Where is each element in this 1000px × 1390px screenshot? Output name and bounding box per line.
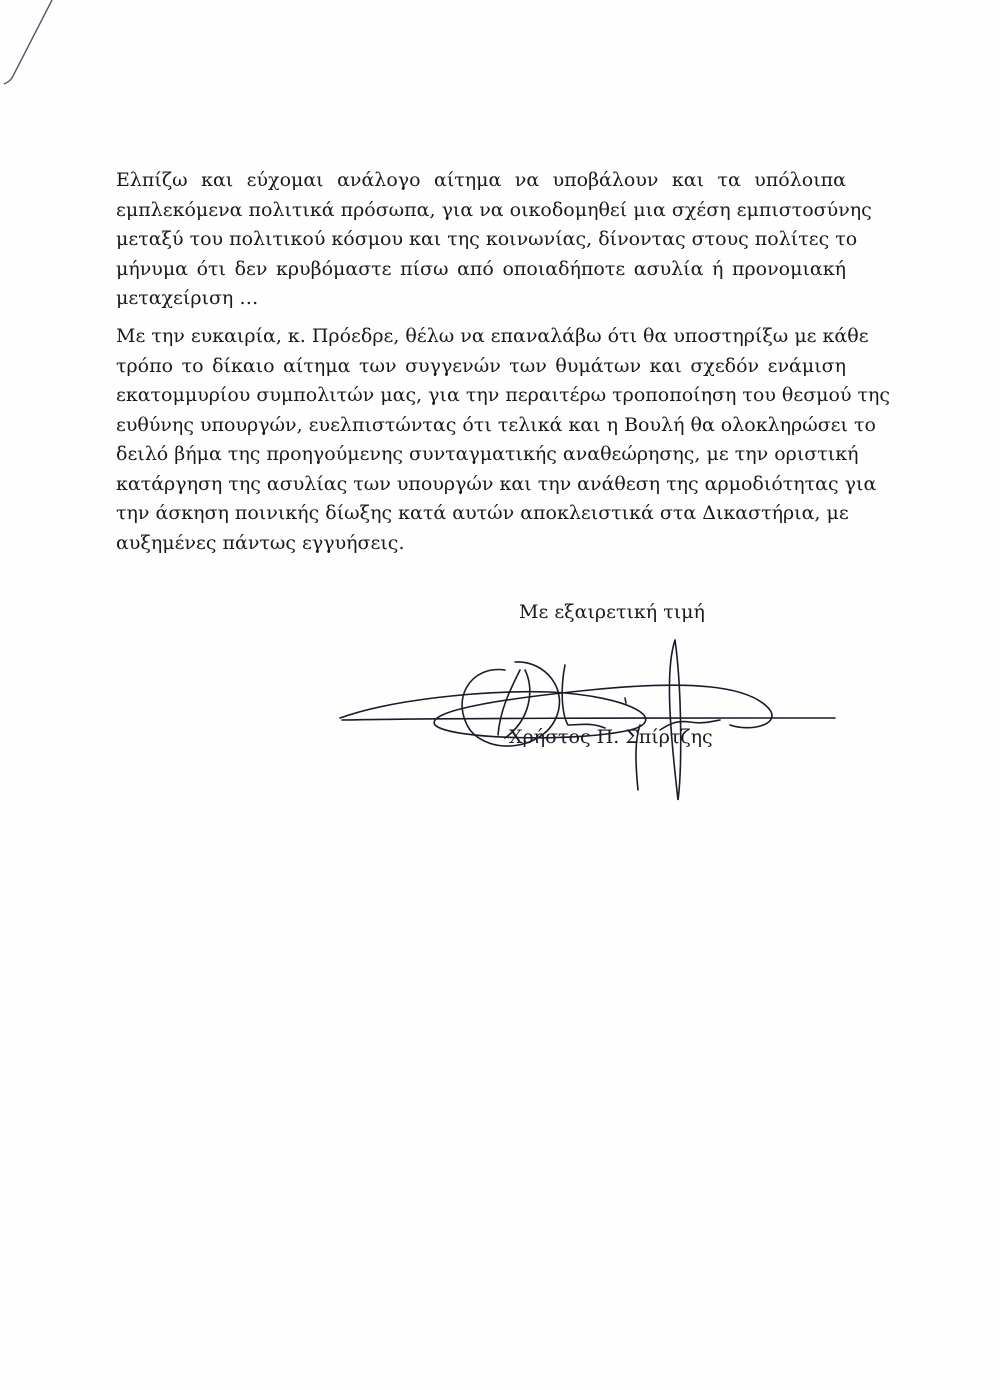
text-line: τρόπο το δίκαιο αίτημα των συγγενών των … — [116, 352, 846, 382]
text-line: εμπλεκόμενα πολιτικά πρόσωπα, για να οικ… — [116, 196, 846, 226]
text-line: ευθύνης υπουργών, ευελπιστώντας ότι τελι… — [116, 411, 846, 441]
text-line: Με την ευκαιρία, κ. Πρόεδρε, θέλω να επα… — [116, 322, 846, 352]
closing-salutation: Με εξαιρετική τιμή — [519, 601, 705, 623]
text-line: μήνυμα ότι δεν κρυβόμαστε πίσω από οποια… — [116, 255, 846, 285]
text-line: κατάργηση της ασυλίας των υπουργών και τ… — [116, 470, 846, 500]
text-line: Ελπίζω και εύχομαι ανάλογο αίτημα να υπο… — [116, 166, 846, 196]
paragraph-2: Με την ευκαιρία, κ. Πρόεδρε, θέλω να επα… — [116, 322, 846, 558]
text-line: αυξημένες πάντως εγγυήσεις. — [116, 529, 846, 559]
pen-stroke-mark — [0, 0, 60, 100]
handwritten-signature-icon — [330, 630, 860, 810]
text-line: εκατομμυρίου συμπολιτών μας, για την περ… — [116, 381, 846, 411]
text-line: μεταχείριση … — [116, 284, 846, 314]
text-line: δειλό βήμα της προηγούμενης συνταγματική… — [116, 440, 846, 470]
document-page: Ελπίζω και εύχομαι ανάλογο αίτημα να υπο… — [0, 0, 1000, 1390]
text-line: μεταξύ του πολιτικού κόσμου και της κοιν… — [116, 225, 846, 255]
paragraph-1: Ελπίζω και εύχομαι ανάλογο αίτημα να υπο… — [116, 166, 846, 314]
text-line: την άσκηση ποινικής δίωξης κατά αυτών απ… — [116, 499, 846, 529]
